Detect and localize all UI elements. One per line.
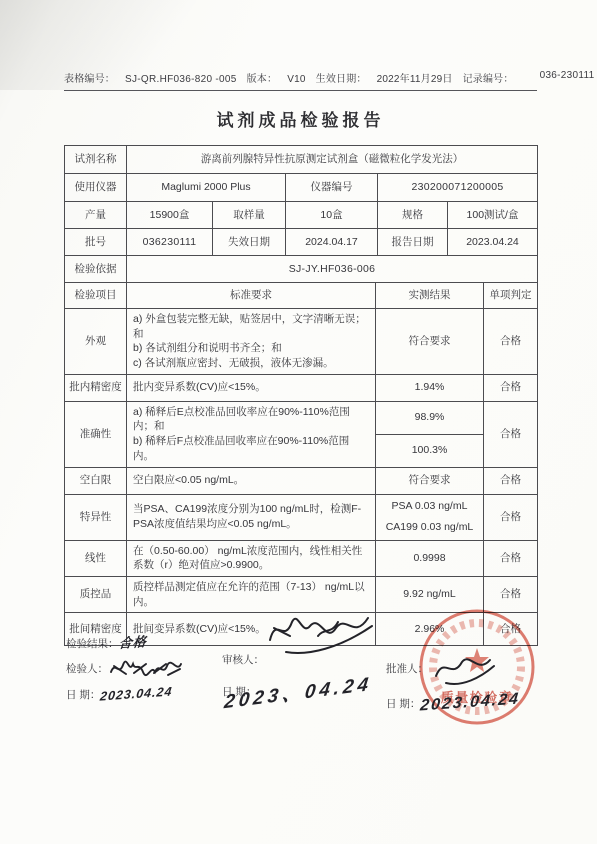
- form-no-label: 表格编号：: [64, 70, 115, 85]
- reagent-name-label: 试剂名称: [65, 146, 127, 174]
- accuracy-std-a: a) 稀释后E点校准品回收率应在90%-110%范围内；和: [133, 405, 369, 434]
- intra-precision-standard: 批内变异系数(CV)应<15%。: [127, 374, 376, 401]
- expiry-label: 失效日期: [213, 229, 286, 256]
- yield-value: 15900盒: [127, 202, 213, 229]
- review-date-handwritten: 2023、04.24: [223, 669, 374, 715]
- reagent-info-table: 试剂名称 游离前列腺特异性抗原测定试剂盒（磁微粒化学发光法） 使用仪器 Magl…: [64, 145, 538, 283]
- row-intra-precision: 批内精密度 批内变异系数(CV)应<15%。 1.94% 合格: [65, 374, 538, 401]
- report-date-value: 2023.04.24: [448, 229, 538, 256]
- blank-limit-item: 空白限: [65, 467, 127, 494]
- inspector-label: 检验人：: [66, 663, 108, 675]
- accuracy-measured-2: 100.3%: [376, 434, 484, 467]
- blank-limit-verdict: 合格: [484, 467, 538, 494]
- approve-date-handwritten: 2023.04.24: [420, 690, 522, 715]
- linearity-measured: 0.9998: [376, 540, 484, 576]
- batch-value: 036230111: [127, 229, 213, 256]
- qc-item: 质控品: [65, 576, 127, 612]
- inspect-date-label: 日 期：: [66, 689, 100, 701]
- blank-limit-standard: 空白限应<0.05 ng/mL。: [127, 467, 376, 494]
- instrument-label: 使用仪器: [65, 174, 127, 202]
- approver-group: 批准人： 日 期：2023.04.24: [386, 652, 521, 712]
- specificity-standard: 当PSA、CA199浓度分别为100 ng/mL时，检测F-PSA浓度值结果均应…: [127, 494, 376, 540]
- test-results-table: 检验项目 标准要求 实测结果 单项判定 外观 a) 外盒包装完整无缺，贴签居中，…: [64, 282, 538, 646]
- specificity-measured-1: PSA 0.03 ng/mL: [380, 499, 479, 514]
- col-header-standard: 标准要求: [127, 283, 376, 309]
- inspector-signature: [108, 658, 184, 680]
- instrument-no-value: 230200071200005: [378, 174, 538, 202]
- appearance-std-a: a) 外盒包装完整无缺，贴签居中，文字清晰无误；和: [133, 312, 369, 341]
- reviewer-signature: [260, 608, 378, 660]
- intra-precision-verdict: 合格: [484, 374, 538, 401]
- form-meta-line: 表格编号：SJ-QR.HF036-820 -005 版本：V10 生效日期：20…: [64, 70, 537, 91]
- yield-label: 产量: [65, 202, 127, 229]
- signature-block: 质量检验章 检验结果：合格 检验人： 日 期：2023.04.24 审核人：: [64, 622, 537, 782]
- specificity-measured: PSA 0.03 ng/mL CA199 0.03 ng/mL: [376, 494, 484, 540]
- row-accuracy: 准确性 a) 稀释后E点校准品回收率应在90%-110%范围内；和 b) 稀释后…: [65, 401, 538, 434]
- appearance-measured: 符合要求: [376, 309, 484, 375]
- reviewer-label: 审核人：: [222, 652, 264, 667]
- effective-date-value: 2022年11月29日: [377, 70, 453, 85]
- appearance-std-c: c) 各试剂瓶应密封、无破损，液体无渗漏。: [133, 356, 369, 371]
- sample-value: 10盒: [286, 202, 378, 229]
- accuracy-standard: a) 稀释后E点校准品回收率应在90%-110%范围内；和 b) 稀释后F点校准…: [127, 401, 376, 467]
- appearance-item: 外观: [65, 309, 127, 375]
- row-linearity: 线性 在（0.50-60.00） ng/mL浓度范围内，线性相关性系数（r）绝对…: [65, 540, 538, 576]
- inspection-result-group: 检验结果：合格 检验人： 日 期：2023.04.24: [66, 632, 184, 709]
- result-handwritten: 合格: [118, 631, 148, 652]
- intra-precision-measured: 1.94%: [376, 374, 484, 401]
- specificity-verdict: 合格: [484, 494, 538, 540]
- linearity-standard: 在（0.50-60.00） ng/mL浓度范围内，线性相关性系数（r）绝对值应>…: [127, 540, 376, 576]
- form-no-value: SJ-QR.HF036-820 -005: [125, 74, 237, 85]
- sample-label: 取样量: [213, 202, 286, 229]
- inspect-date-handwritten: 2023.04.24: [100, 684, 174, 703]
- accuracy-measured-1: 98.9%: [376, 401, 484, 434]
- document-body: 表格编号：SJ-QR.HF036-820 -005 版本：V10 生效日期：20…: [64, 70, 537, 646]
- version-value: V10: [287, 74, 305, 85]
- spec-value: 100测试/盒: [448, 202, 538, 229]
- instrument-no-label: 仪器编号: [286, 174, 378, 202]
- linearity-item: 线性: [65, 540, 127, 576]
- accuracy-item: 准确性: [65, 401, 127, 467]
- col-header-verdict: 单项判定: [484, 283, 538, 309]
- specificity-measured-2: CA199 0.03 ng/mL: [380, 520, 479, 535]
- approve-date-label: 日 期：: [386, 698, 420, 710]
- blank-limit-measured: 符合要求: [376, 467, 484, 494]
- approver-signature: [428, 652, 498, 686]
- intra-precision-item: 批内精密度: [65, 374, 127, 401]
- linearity-verdict: 合格: [484, 540, 538, 576]
- report-date-label: 报告日期: [378, 229, 448, 256]
- spec-label: 规格: [378, 202, 448, 229]
- record-no-value: 036-230111: [540, 70, 595, 81]
- scanned-report-page: 表格编号：SJ-QR.HF036-820 -005 版本：V10 生效日期：20…: [0, 0, 597, 844]
- page-title: 试剂成品检验报告: [64, 106, 537, 131]
- appearance-verdict: 合格: [484, 309, 538, 375]
- basis-value: SJ-JY.HF036-006: [127, 256, 538, 283]
- appearance-std-b: b) 各试剂组分和说明书齐全；和: [133, 341, 369, 356]
- col-header-item: 检验项目: [65, 283, 127, 309]
- result-label: 检验结果：: [66, 638, 119, 650]
- row-blank-limit: 空白限 空白限应<0.05 ng/mL。 符合要求 合格: [65, 467, 538, 494]
- appearance-standard: a) 外盒包装完整无缺，贴签居中，文字清晰无误；和 b) 各试剂组分和说明书齐全…: [127, 309, 376, 375]
- specificity-item: 特异性: [65, 494, 127, 540]
- effective-date-label: 生效日期：: [316, 70, 367, 85]
- approver-label: 批准人：: [386, 663, 428, 675]
- row-specificity: 特异性 当PSA、CA199浓度分别为100 ng/mL时，检测F-PSA浓度值…: [65, 494, 538, 540]
- instrument-value: Maglumi 2000 Plus: [127, 174, 286, 202]
- record-no-label: 记录编号：: [463, 70, 514, 85]
- accuracy-std-b: b) 稀释后F点校准品回收率应在90%-110%范围内。: [133, 434, 369, 463]
- version-label: 版本：: [247, 70, 278, 85]
- reagent-name-value: 游离前列腺特异性抗原测定试剂盒（磁微粒化学发光法）: [127, 146, 538, 174]
- row-appearance: 外观 a) 外盒包装完整无缺，贴签居中，文字清晰无误；和 b) 各试剂组分和说明…: [65, 309, 538, 375]
- col-header-measured: 实测结果: [376, 283, 484, 309]
- basis-label: 检验依据: [65, 256, 127, 283]
- expiry-value: 2024.04.17: [286, 229, 378, 256]
- batch-label: 批号: [65, 229, 127, 256]
- accuracy-verdict: 合格: [484, 401, 538, 467]
